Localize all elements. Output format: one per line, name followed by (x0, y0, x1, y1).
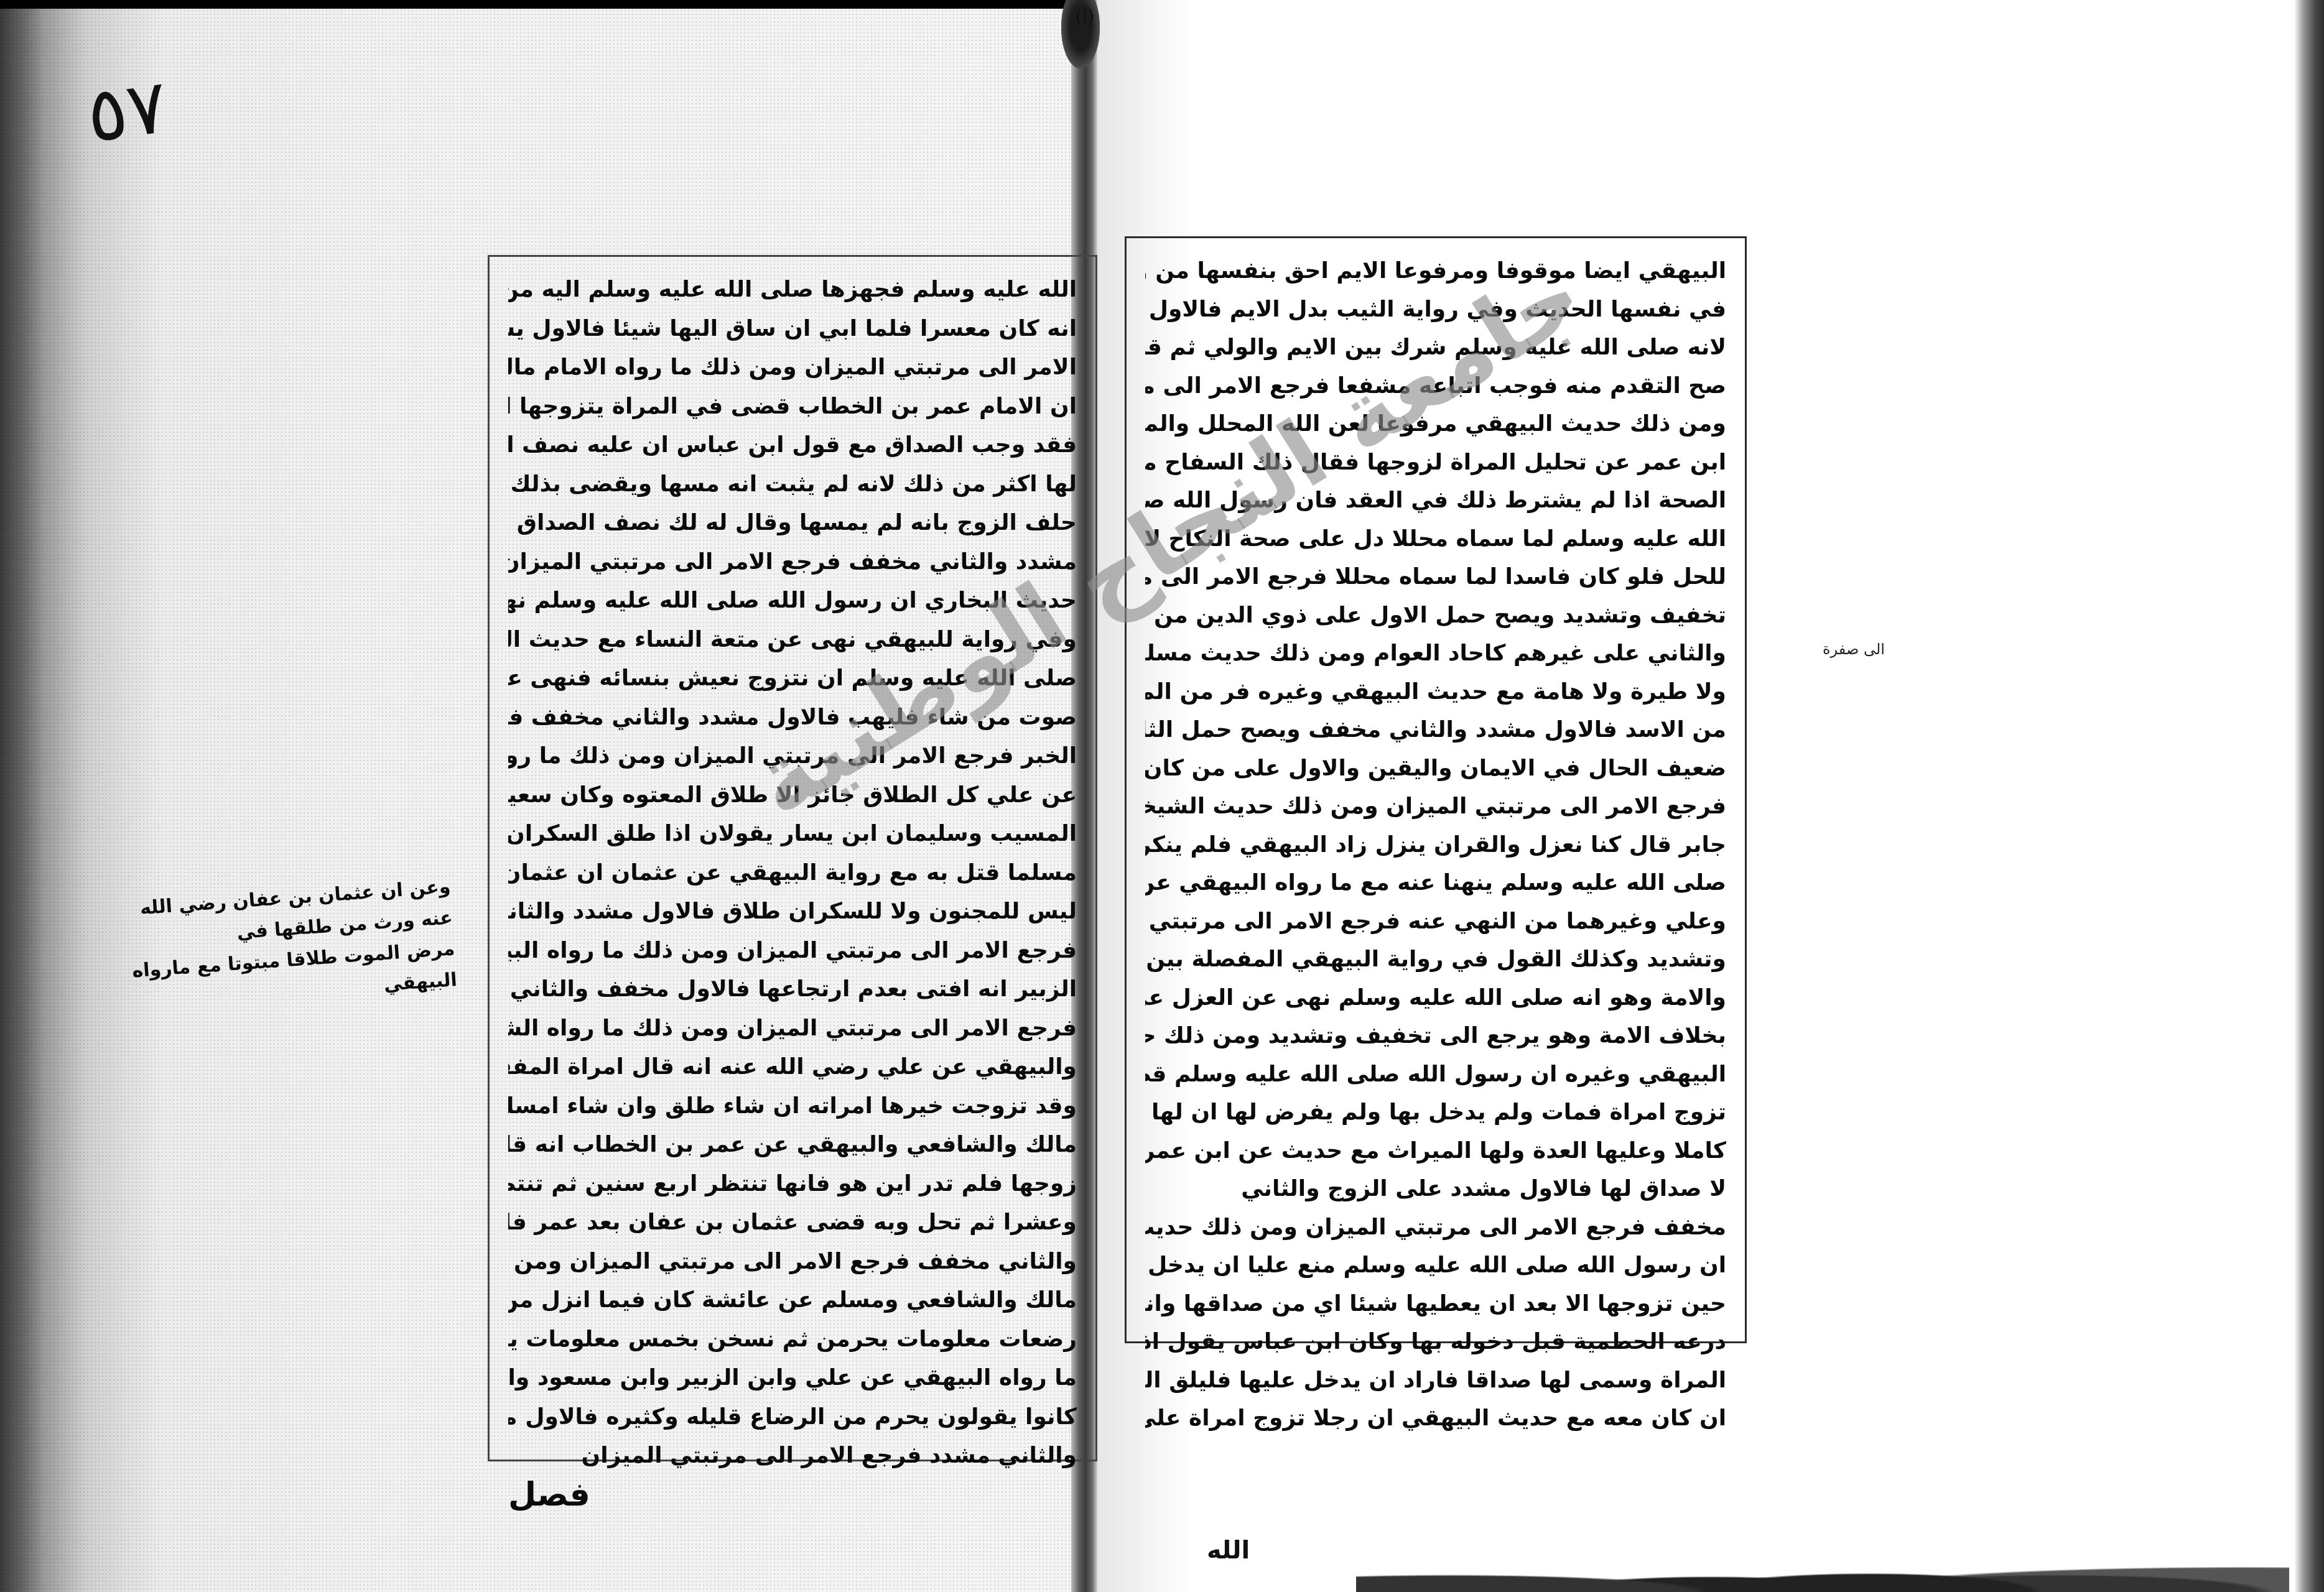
manuscript-line: كانوا يقولون يحرم من الرضاع قليله وكثيره… (508, 1398, 1077, 1437)
manuscript-line: رضعات معلومات يحرمن ثم نسخن بخمس معلومات… (508, 1320, 1077, 1359)
manuscript-line: وقد تزوجت خيرها امراته ان شاء طلق وان شا… (508, 1087, 1077, 1126)
manuscript-line: صلى الله عليه وسلم ينهنا عنه مع ما رواه … (1145, 864, 1726, 902)
manuscript-line: والبيهقي عن علي رضي الله عنه انه قال امر… (508, 1048, 1077, 1087)
manuscript-line: والثاني مخفف فرجع الامر الى مرتبتي الميز… (508, 1243, 1077, 1282)
manuscript-line: الله عليه وسلم فجهزها صلى الله عليه وسلم… (508, 271, 1077, 310)
manuscript-line: ولا طيرة ولا هامة مع حديث البيهقي وغيره … (1145, 673, 1726, 711)
manuscript-line: لا صداق لها فالاول مشدد على الزوج والثان… (1145, 1170, 1726, 1208)
manuscript-line: الصحة اذا لم يشترط ذلك في العقد فان رسول… (1145, 481, 1726, 520)
manuscript-line: ان كان معه مع حديث البيهقي ان رجلا تزوج … (1145, 1399, 1726, 1438)
manuscript-line: صح التقدم منه فوجب اتباعه مشفعا فرجع الا… (1145, 367, 1726, 405)
manuscript-line: جابر قال كنا نعزل والقران ينزل زاد البيه… (1145, 826, 1726, 864)
manuscript-line: عن علي كل الطلاق جائز الا طلاق المعتوه و… (508, 776, 1077, 815)
manuscript-line: وعلي وغيرهما من النهي عنه فرجع الامر الى… (1145, 902, 1726, 941)
manuscript-line: حديث البخاري ان رسول الله صلى الله عليه … (508, 581, 1077, 621)
manuscript-line: صوت من شاء فليهب فالاول مشدد والثاني مخف… (508, 698, 1077, 738)
manuscript-line: المسيب وسليمان ابن يسار يقولان اذا طلق ا… (508, 815, 1077, 854)
manuscript-line: فرجع الامر الى مرتبتي الميزان ومن ذلك ما… (508, 1009, 1077, 1048)
catchword: الله (1207, 1536, 1250, 1565)
manuscript-line: وعشرا ثم تحل وبه قضى عثمان بن عفان بعد ع… (508, 1203, 1077, 1243)
manuscript-line: ابن عمر عن تحليل المراة لزوجها فقال ذلك … (1145, 443, 1726, 482)
manuscript-line: صلى الله عليه وسلم ان نتزوج نعيش بنسائه … (508, 659, 1077, 698)
folio-number: ٥٧ (81, 63, 173, 160)
manuscript-line: ان رسول الله صلى الله عليه وسلم منع عليا… (1145, 1246, 1726, 1285)
section-heading: فصل (508, 1476, 1077, 1515)
right-text-block: البيهقي ايضا موقوفا ومرفوعا الايم احق بن… (1125, 236, 1747, 1343)
manuscript-line: ان الامام عمر بن الخطاب قضى في المراة يت… (508, 387, 1077, 427)
manuscript-line: في نفسها الحديث وفي رواية الثيب بدل الاي… (1145, 290, 1726, 329)
manuscript-line: من الاسد فالاول مشدد والثاني مخفف ويصح ح… (1145, 711, 1726, 749)
manuscript-line: زوجها فلم تدر اين هو فانها تنتظر اربع سن… (508, 1165, 1077, 1204)
manuscript-line: ومن ذلك حديث البيهقي مرفوعا لعن الله الم… (1145, 405, 1726, 443)
manuscript-line: لانه صلى الله عليه وسلم شرك بين الايم وا… (1145, 328, 1726, 367)
manuscript-line: مسلما قتل به مع رواية البيهقي عن عثمان ا… (508, 854, 1077, 893)
bottom-page-stains (1356, 1536, 2289, 1592)
manuscript-line: وفي رواية للبيهقي نهى عن متعة النساء مع … (508, 621, 1077, 660)
right-margin-note: الى صفرة (1823, 641, 1885, 658)
manuscript-line: البيهقي ايضا موقوفا ومرفوعا الايم احق بن… (1145, 252, 1726, 290)
manuscript-line: والثاني على غيرهم كاحاد العوام ومن ذلك ح… (1145, 634, 1726, 673)
manuscript-line: المراة وسمى لها صداقا فاراد ان يدخل عليه… (1145, 1361, 1726, 1400)
manuscript-line: تخفيف وتشديد ويصح حمل الاول على ذوي الدي… (1145, 596, 1726, 635)
manuscript-line: حلف الزوج بانه لم يمسها وقال له لك نصف ا… (508, 504, 1077, 543)
manuscript-line: فقد وجب الصداق مع قول ابن عباس ان عليه ن… (508, 426, 1077, 465)
manuscript-line: الامر الى مرتبتي الميزان ومن ذلك ما رواه… (508, 348, 1077, 387)
manuscript-line: ما رواه البيهقي عن علي وابن الزبير وابن … (508, 1359, 1077, 1398)
manuscript-line: فرجع الامر الى مرتبتي الميزان ومن ذلك ما… (508, 932, 1077, 971)
manuscript-line: انه كان معسرا فلما ابي ان ساق اليها شيئا… (508, 310, 1077, 349)
manuscript-line: ضعيف الحال في الايمان واليقين والاول على… (1145, 749, 1726, 788)
manuscript-line: الله عليه وسلم لما سماه محللا دل على صحة… (1145, 520, 1726, 558)
manuscript-line: الخبر فرجع الامر الى مرتبتي الميزان ومن … (508, 737, 1077, 776)
left-text-block: الله عليه وسلم فجهزها صلى الله عليه وسلم… (488, 255, 1097, 1461)
page-edge-shadow (2294, 0, 2324, 1592)
spine-label: (ا) (1075, 6, 1095, 28)
manuscript-line: ليس للمجنون ولا للسكران طلاق فالاول مشدد… (508, 892, 1077, 932)
manuscript-line: مشدد والثاني مخفف فرجع الامر الى مرتبتي … (508, 543, 1077, 582)
manuscript-line: البيهقي وغيره ان رسول الله صلى الله عليه… (1145, 1055, 1726, 1094)
manuscript-line: حين تزوجها الا بعد ان يعطيها شيئا اي من … (1145, 1285, 1726, 1323)
manuscript-line: والثاني مشدد فرجع الامر الى مرتبتي الميز… (508, 1437, 1077, 1476)
manuscript-line: فرجع الامر الى مرتبتي الميزان ومن ذلك حد… (1145, 787, 1726, 826)
manuscript-line: والامة وهو انه صلى الله عليه وسلم نهى عن… (1145, 979, 1726, 1017)
manuscript-line: كاملا وعليها العدة ولها الميراث مع حديث … (1145, 1132, 1726, 1170)
manuscript-line: للحل فلو كان فاسدا لما سماه محللا فرجع ا… (1145, 558, 1726, 596)
manuscript-line: الزبير انه افتى بعدم ارتجاعها فالاول مخف… (508, 970, 1077, 1009)
manuscript-line: مخفف فرجع الامر الى مرتبتي الميزان ومن ذ… (1145, 1208, 1726, 1247)
manuscript-line: وتشديد وكذلك القول في رواية البيهقي المف… (1145, 940, 1726, 979)
left-margin-note: وعن ان عثمان بن عفان رضي الله عنه ورث من… (114, 871, 458, 1019)
manuscript-line: بخلاف الامة وهو يرجع الى تخفيف وتشديد وم… (1145, 1017, 1726, 1055)
manuscript-line: مالك والشافعي ومسلم عن عائشة كان فيما ان… (508, 1281, 1077, 1320)
manuscript-line: لها اكثر من ذلك لانه لم يثبت انه مسها وي… (508, 465, 1077, 504)
manuscript-line: درعه الحطمية قبل دخوله بها وكان ابن عباس… (1145, 1323, 1726, 1361)
manuscript-line: تزوج امراة فمات ولم يدخل بها ولم يفرض له… (1145, 1093, 1726, 1132)
manuscript-line: مالك والشافعي والبيهقي عن عمر بن الخطاب … (508, 1126, 1077, 1165)
